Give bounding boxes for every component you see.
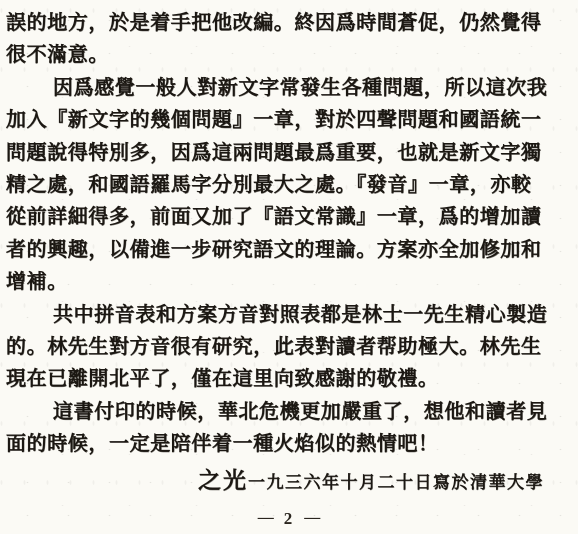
text-line: 面的時候，一定是陪伴着一種火焰似的熱情吧！ [6, 428, 568, 460]
page-number-right-dash: — [304, 509, 318, 527]
text-line: 很不滿意。 [6, 39, 568, 71]
signature-author: 之光 [198, 468, 248, 493]
text-line: 的。林先生對方音很有研究，此表對讀者帮助極大。林先生 [6, 331, 568, 363]
text-line: 現在已離開北平了，僅在這里向致感謝的敬禮。 [6, 363, 568, 395]
text-line: 共中拼音表和方案方音對照表都是林士一先生精心製造 [6, 299, 568, 331]
text-line: 者的興趣，以備進一步研究語文的理論。方案亦全加修加和 [6, 234, 568, 266]
text-line: 誤的地方，於是着手把他改編。終因爲時間蒼促，仍然覺得 [6, 7, 568, 39]
page-number: —2— [6, 509, 570, 529]
text-line: 增補。 [6, 266, 568, 298]
page-number-value: 2 [284, 509, 293, 529]
text-line: 因爲感覺一般人對新文字常發生各種問題，所以這次我 [6, 72, 568, 104]
text-line: 這書付印的時候，華北危機更加嚴重了，想他和讀者見 [6, 396, 568, 428]
scanned-book-page: 誤的地方，於是着手把他改編。終因爲時間蒼促，仍然覺得 很不滿意。 因爲感覺一般人… [0, 0, 578, 534]
page-number-left-dash: — [258, 509, 272, 527]
signature-date-place: 一九三六年十月二十日寫於清華大學 [248, 473, 544, 492]
preface-text: 誤的地方，於是着手把他改編。終因爲時間蒼促，仍然覺得 很不滿意。 因爲感覺一般人… [6, 7, 568, 460]
signature-line: 之光一九三六年十月二十日寫於清華大學 [6, 462, 570, 495]
text-line: 加入『新文字的幾個問題』一章，對於四聲問題和國語統一 [6, 104, 568, 136]
text-line: 問題說得特別多，因爲這兩問題最爲重要，也就是新文字獨 [6, 137, 568, 169]
text-line: 精之處，和國語羅馬字分別最大之處。『發音』一章，亦較 [6, 169, 568, 201]
text-line: 從前詳細得多，前面又加了『語文常識』一章，爲的增加讀 [6, 201, 568, 233]
